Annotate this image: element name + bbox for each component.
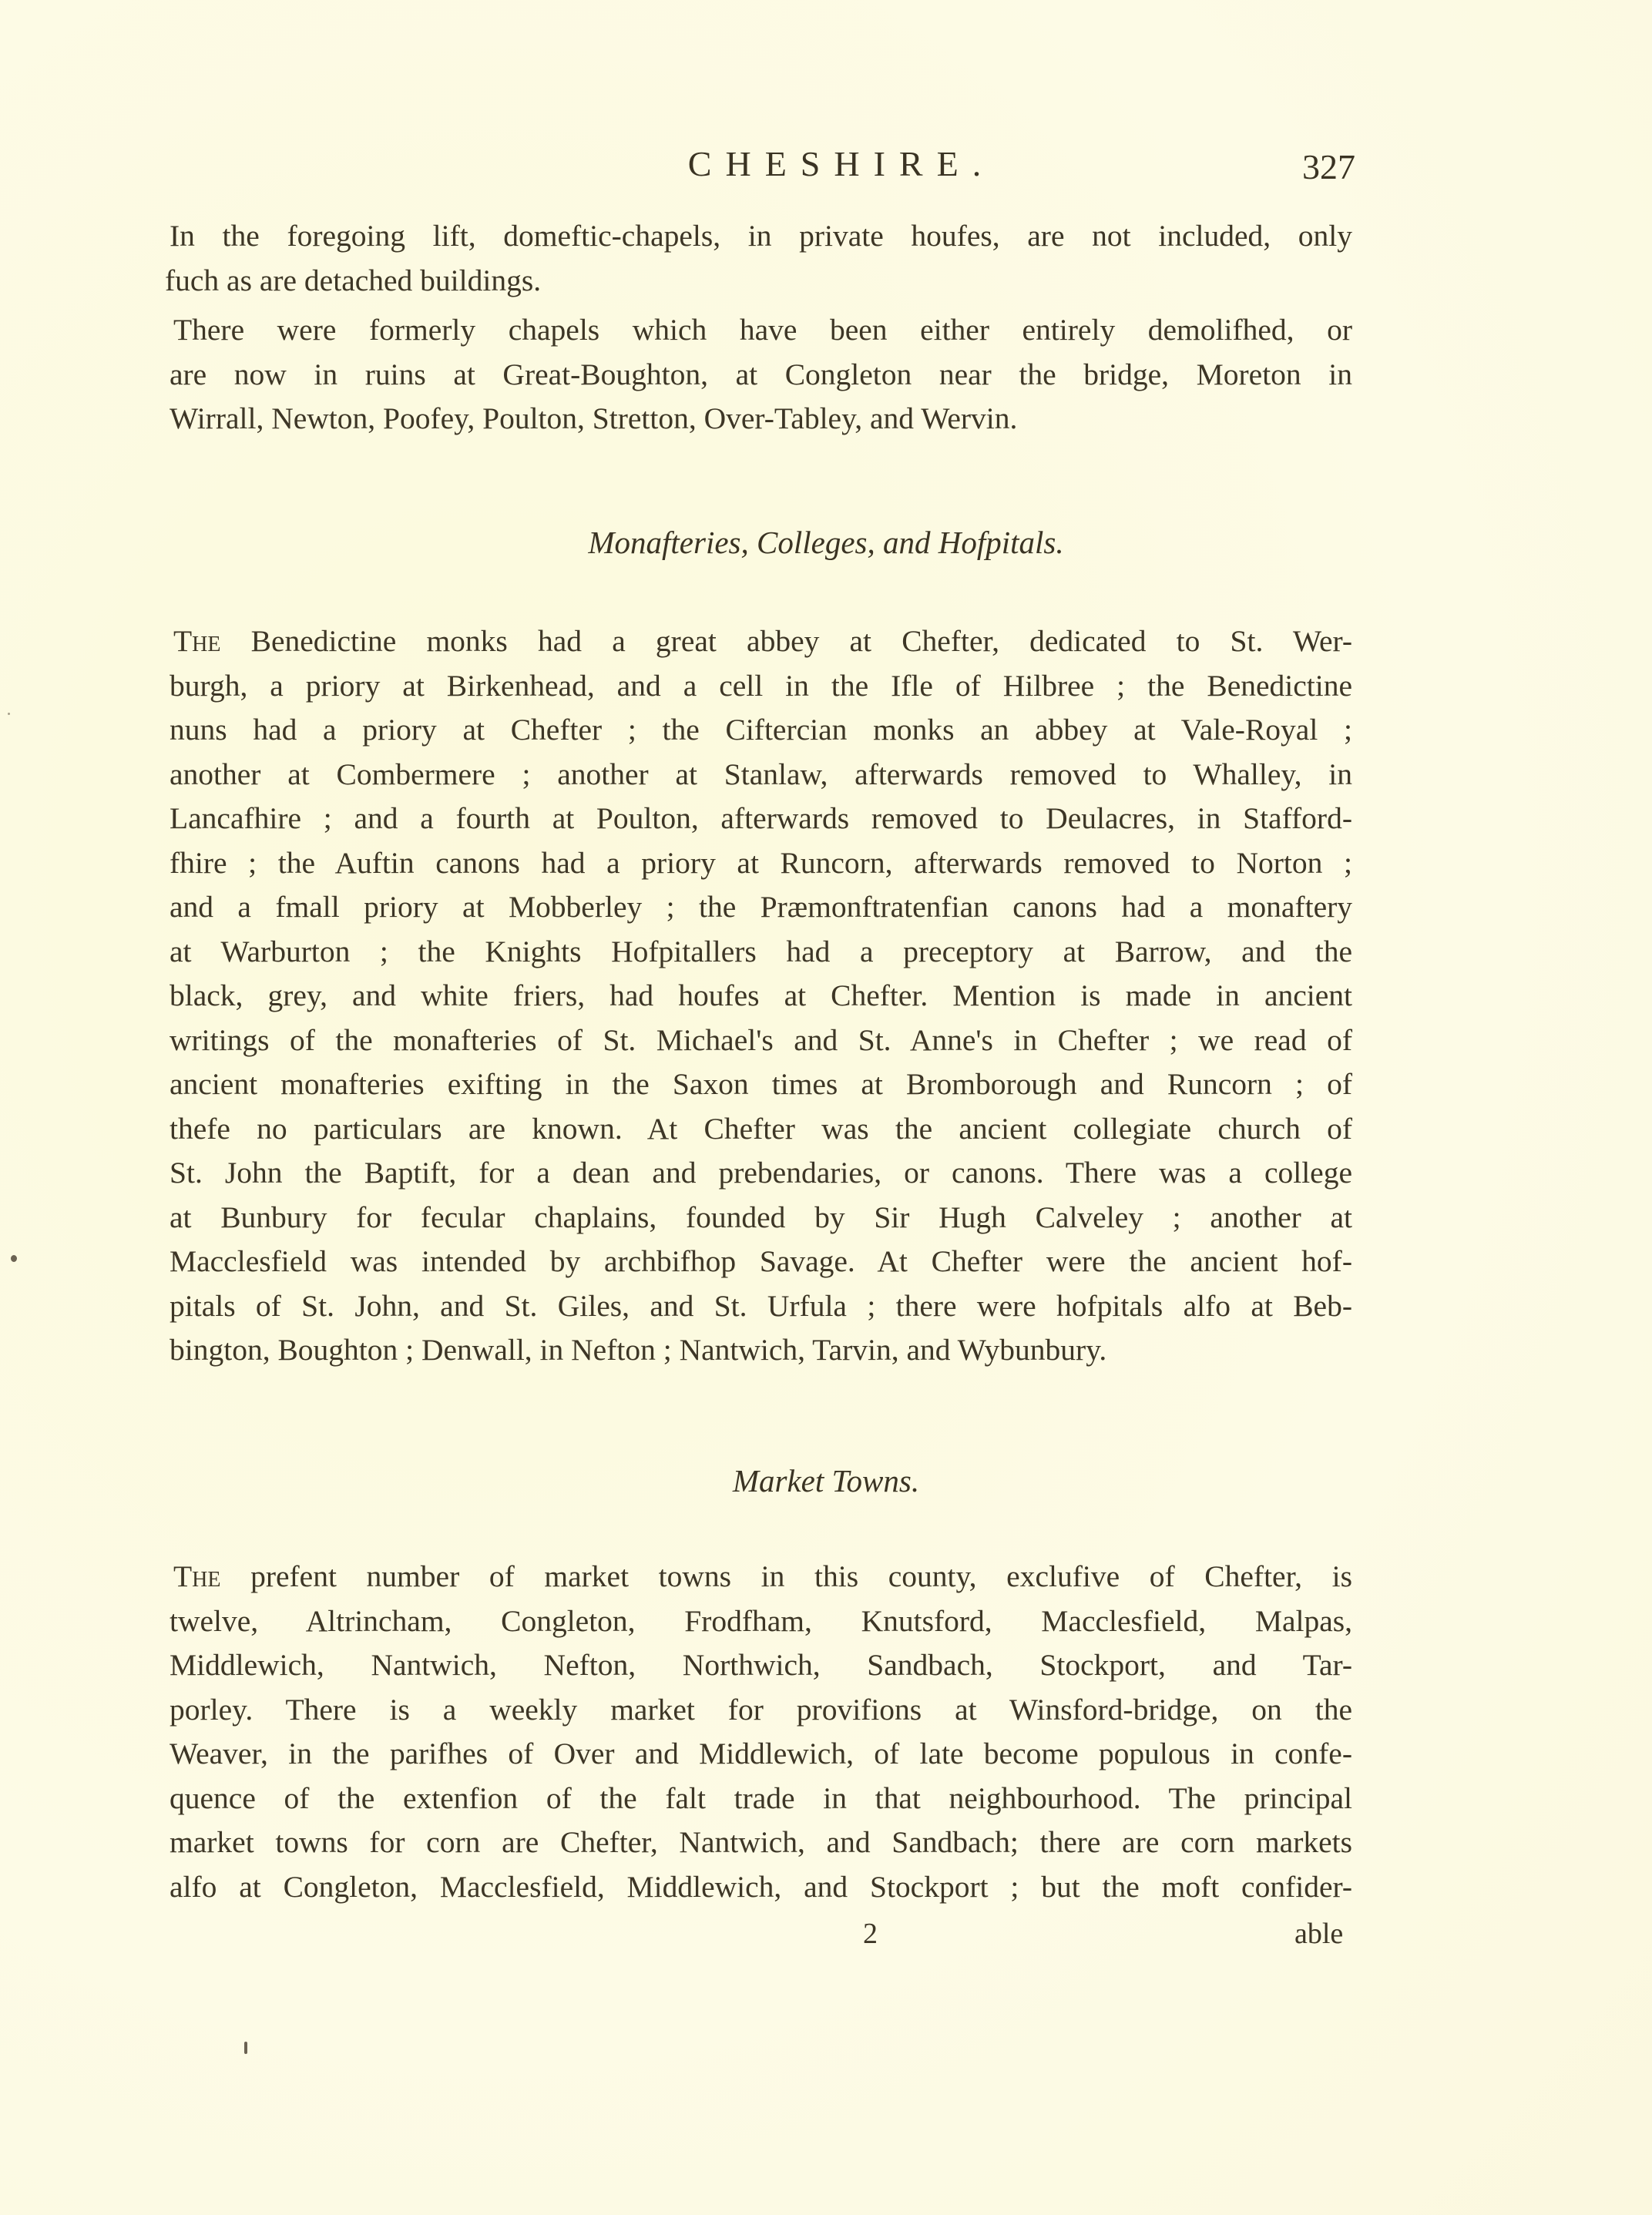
text-line: Middlewich, Nantwich, Nefton, Northwich,… (170, 1643, 1352, 1688)
running-title: CHESHIRE. (0, 143, 1652, 184)
text-line: St. John the Baptift, for a dean and pre… (170, 1151, 1352, 1196)
book-page: CHESHIRE. 327 In the foregoing lift, dom… (0, 0, 1652, 2215)
signature-mark: 2 (863, 1917, 878, 1951)
paper-speck (11, 1255, 17, 1262)
lead-word: The (173, 1559, 220, 1593)
text-line: at Warburton ; the Knights Hofpitallers … (170, 930, 1352, 975)
text-line: ancient monafteries exifting in the Saxo… (170, 1062, 1352, 1107)
text-line: There were formerly chapels which have b… (170, 308, 1352, 353)
text-line: The Benedictine monks had a great abbey … (170, 619, 1352, 664)
running-title-text: CHESHIRE. (688, 144, 995, 183)
text-line: Macclesfield was intended by archbifhop … (170, 1240, 1352, 1284)
text-line: fuch as are detached buildings. (165, 259, 1352, 304)
text-line: black, grey, and white friers, had houfe… (170, 974, 1352, 1019)
text-line: quence of the extenfion of the falt trad… (170, 1777, 1352, 1821)
section-body-monasteries: The Benedictine monks had a great abbey … (170, 619, 1352, 1373)
text-line: The prefent number of market towns in th… (170, 1555, 1352, 1599)
text-line: Wirrall, Newton, Poofey, Poulton, Strett… (170, 397, 1352, 441)
text-line: In the foregoing lift, domeftic-chapels,… (170, 214, 1352, 259)
paragraph-domestic-chapels: In the foregoing lift, domeftic-chapels,… (170, 214, 1352, 303)
paper-speck (8, 713, 10, 715)
text-line: Weaver, in the parifhes of Over and Midd… (170, 1732, 1352, 1777)
section-heading-monasteries: Monafteries, Colleges, and Hofpitals. (0, 524, 1652, 561)
paper-speck (244, 2042, 247, 2054)
section-body-market-towns: The prefent number of market towns in th… (170, 1555, 1352, 1909)
text-line: Lancafhire ; and a fourth at Poulton, af… (170, 797, 1352, 841)
text-line: fhire ; the Auftin canons had a priory a… (170, 841, 1352, 886)
text-fragment: Benedictine monks had a great abbey at C… (220, 624, 1352, 658)
lead-word: The (173, 624, 220, 658)
text-line: are now in ruins at Great-Boughton, at C… (170, 353, 1352, 398)
text-line: pitals of St. John, and St. Giles, and S… (170, 1284, 1352, 1329)
text-line: burgh, a priory at Birkenhead, and a cel… (170, 664, 1352, 709)
section-heading-market-towns: Market Towns. (0, 1462, 1652, 1499)
text-line: at Bunbury for fecular chaplains, founde… (170, 1196, 1352, 1240)
text-line: thefe no particulars are known. At Cheft… (170, 1107, 1352, 1152)
text-line: nuns had a priory at Chefter ; the Cifte… (170, 708, 1352, 753)
text-line: porley. There is a weekly market for pro… (170, 1688, 1352, 1733)
text-line: writings of the monafteries of St. Micha… (170, 1019, 1352, 1063)
text-line: bington, Boughton ; Denwall, in Nefton ;… (170, 1328, 1352, 1373)
catchword: able (1294, 1917, 1343, 1951)
text-line: another at Combermere ; another at Stanl… (170, 753, 1352, 797)
text-line: alfo at Congleton, Macclesfield, Middlew… (170, 1865, 1352, 1910)
text-fragment: prefent number of market towns in this c… (220, 1559, 1352, 1593)
text-line: market towns for corn are Chefter, Nantw… (170, 1821, 1352, 1865)
text-line: and a fmall priory at Mobberley ; the Pr… (170, 885, 1352, 930)
text-line: twelve, Altrincham, Congleton, Frodfham,… (170, 1599, 1352, 1644)
page-number: 327 (1302, 146, 1355, 187)
paragraph-former-chapels: There were formerly chapels which have b… (170, 308, 1352, 441)
